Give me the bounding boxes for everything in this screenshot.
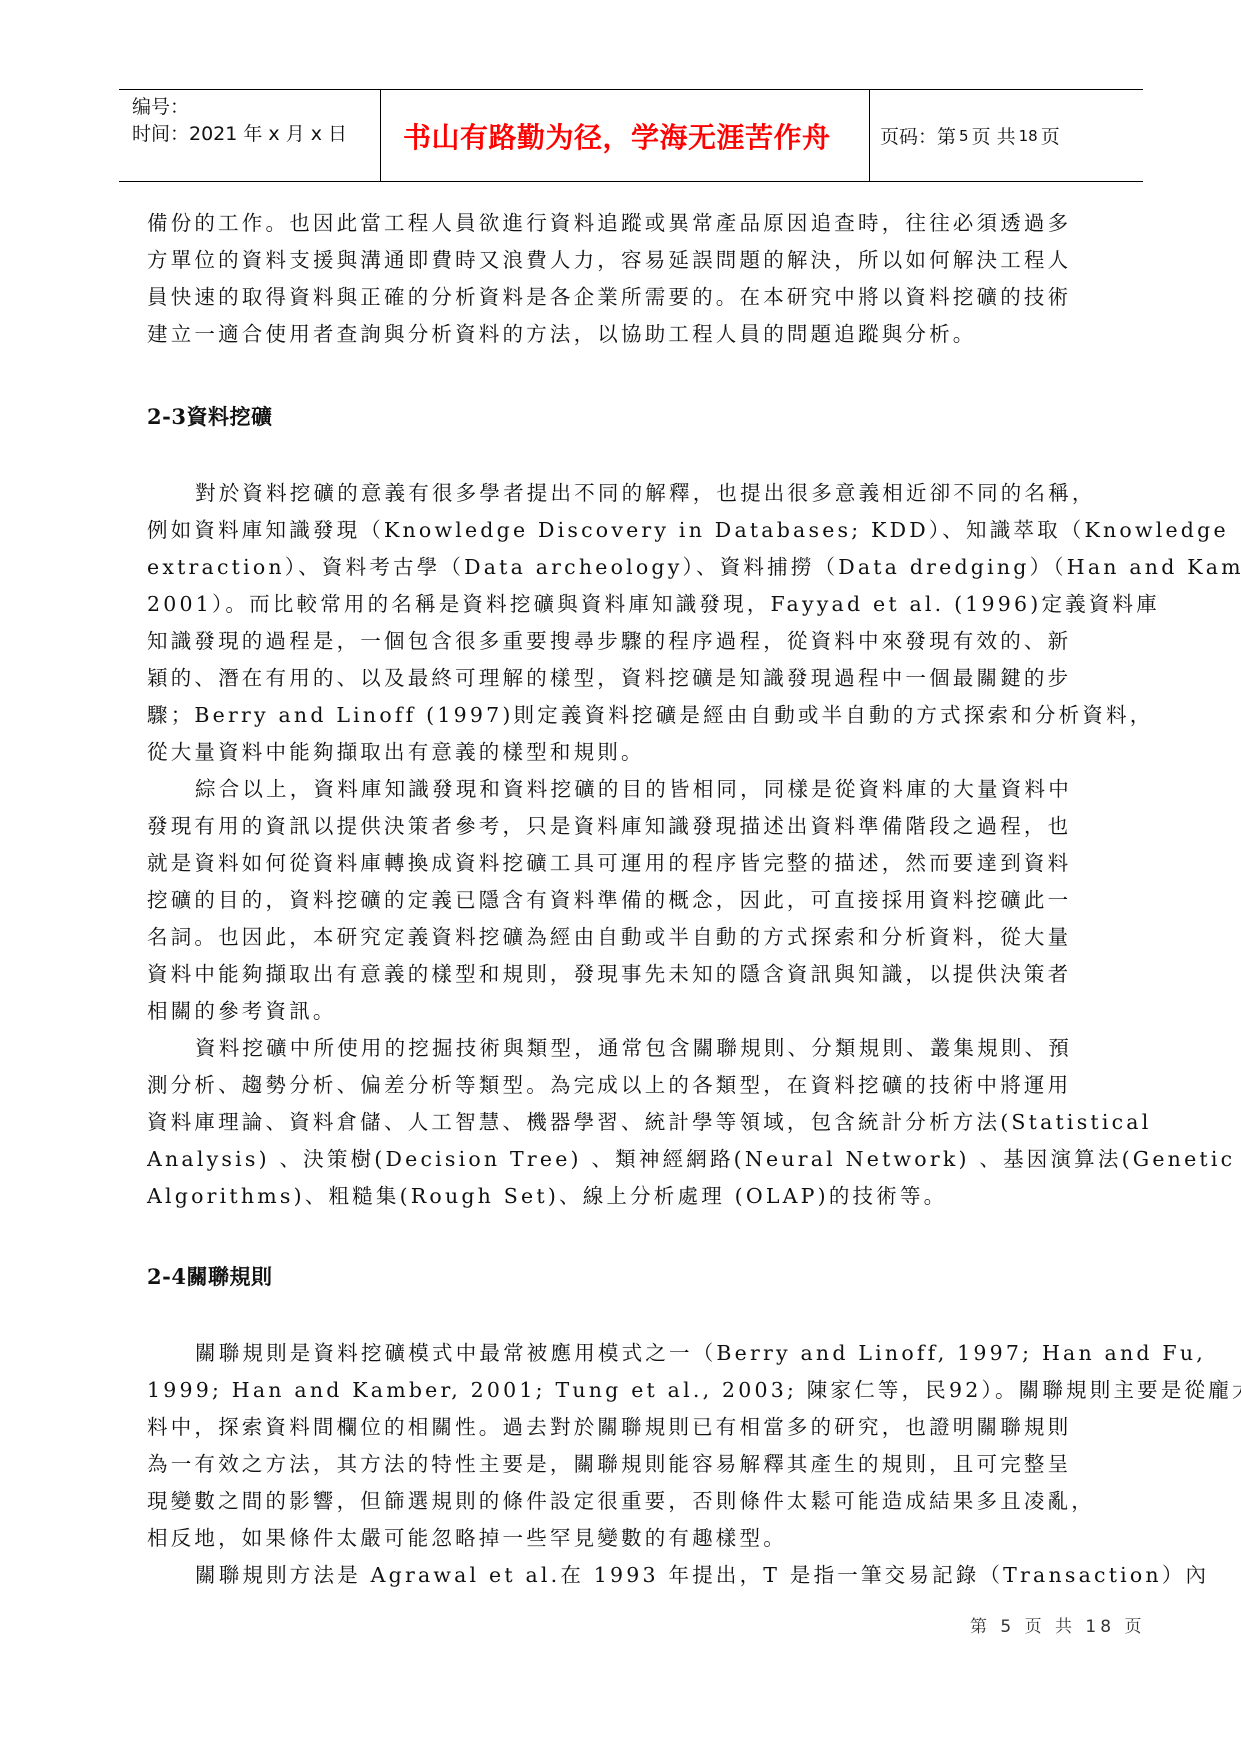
section-heading-2-4: 2-4關聯規則 — [147, 1261, 1113, 1291]
page-mid: 页 共 — [972, 122, 1016, 149]
text-line: 就是資料如何從資料庫轉換成資料挖礦工具可運用的程序皆完整的描述，然而要達到資料 — [147, 845, 1113, 882]
text-line: 相關的參考資訊。 — [147, 993, 1113, 1030]
page-suffix: 页 — [1041, 122, 1060, 149]
date-label: 时间：2021 年 x 月 x 日 — [132, 121, 380, 148]
text-line: 發現有用的資訊以提供決策者參考，只是資料庫知識發現描述出資料準備階段之過程，也 — [147, 808, 1113, 845]
text-line: 知識發現的過程是，一個包含很多重要搜尋步驟的程序過程，從資料中來發現有效的、新 — [147, 623, 1113, 660]
text-line: 名詞。也因此，本研究定義資料挖礦為經由自動或半自動的方式探索和分析資料，從大量 — [147, 919, 1113, 956]
page-total: 18 — [1019, 127, 1038, 145]
text-line: Algorithms)、粗糙集(Rough Set)、線上分析處理 (OLAP)… — [147, 1178, 1113, 1215]
text-line: extraction）、資料考古學（Data archeology）、資料捕撈（… — [147, 549, 1113, 586]
document-header: 编号： 时间：2021 年 x 月 x 日 书山有路勤为径，学海无涯苦作舟 页码… — [119, 89, 1143, 182]
paragraph: 資料挖礦中所使用的挖掘技術與類型，通常包含關聯規則、分類規則、叢集規則、預 測分… — [147, 1030, 1113, 1215]
intro-paragraph: 備份的工作。也因此當工程人員欲進行資料追蹤或異常產品原因追查時，往往必須透過多 … — [147, 205, 1113, 353]
page-footer: 第 5 页 共 18 页 — [970, 1612, 1145, 1637]
text-line: 資料挖礦中所使用的挖掘技術與類型，通常包含關聯規則、分類規則、叢集規則、預 — [147, 1030, 1113, 1067]
header-page-cell: 页码：第 5 页 共 18 页 — [870, 90, 1143, 181]
text-line: 對於資料挖礦的意義有很多學者提出不同的解釋，也提出很多意義相近卻不同的名稱， — [147, 475, 1113, 512]
page-current: 5 — [959, 127, 969, 145]
text-line: 相反地，如果條件太嚴可能忽略掉一些罕見變數的有趣樣型。 — [147, 1520, 1113, 1557]
text-line: 驟；Berry and Linoff (1997)則定義資料挖礦是經由自動或半自… — [147, 697, 1113, 734]
text-line: 方單位的資料支援與溝通即費時又浪費人力，容易延誤問題的解決，所以如何解決工程人 — [147, 242, 1113, 279]
text-line: 料中，探索資料間欄位的相關性。過去對於關聯規則已有相當多的研究，也證明關聯規則 — [147, 1409, 1113, 1446]
header-meta-cell: 编号： 时间：2021 年 x 月 x 日 — [119, 90, 381, 181]
page-prefix: 页码：第 — [880, 122, 956, 149]
paragraph: 對於資料挖礦的意義有很多學者提出不同的解釋，也提出很多意義相近卻不同的名稱， 例… — [147, 475, 1113, 771]
text-line: 現變數之間的影響，但篩選規則的條件設定很重要，否則條件太鬆可能造成結果多且凌亂， — [147, 1483, 1113, 1520]
text-line: 從大量資料中能夠擷取出有意義的樣型和規則。 — [147, 734, 1113, 771]
text-line: 員快速的取得資料與正確的分析資料是各企業所需要的。在本研究中將以資料挖礦的技術 — [147, 279, 1113, 316]
text-line: 備份的工作。也因此當工程人員欲進行資料追蹤或異常產品原因追查時，往往必須透過多 — [147, 205, 1113, 242]
paragraph: 關聯規則是資料挖礦模式中最常被應用模式之一（Berry and Linoff, … — [147, 1335, 1113, 1557]
text-line: 測分析、趨勢分析、偏差分析等類型。為完成以上的各類型，在資料挖礦的技術中將運用 — [147, 1067, 1113, 1104]
text-line: 2001）。而比較常用的名稱是資料挖礦與資料庫知識發現，Fayyad et al… — [147, 586, 1113, 623]
paragraph: 關聯規則方法是 Agrawal et al.在 1993 年提出，T 是指一筆交… — [147, 1557, 1113, 1594]
text-line: 為一有效之方法，其方法的特性主要是，關聯規則能容易解釋其產生的規則，且可完整呈 — [147, 1446, 1113, 1483]
text-line: 挖礦的目的，資料挖礦的定義已隱含有資料準備的概念，因此，可直接採用資料挖礦此一 — [147, 882, 1113, 919]
section-heading-2-3: 2-3資料挖礦 — [147, 401, 1113, 431]
text-line: 建立一適合使用者查詢與分析資料的方法，以協助工程人員的問題追蹤與分析。 — [147, 316, 1113, 353]
text-line: 關聯規則是資料挖礦模式中最常被應用模式之一（Berry and Linoff, … — [147, 1335, 1113, 1372]
document-body: 備份的工作。也因此當工程人員欲進行資料追蹤或異常產品原因追查時，往往必須透過多 … — [147, 205, 1113, 1594]
text-line: 資料庫理論、資料倉儲、人工智慧、機器學習、統計學等領域，包含統計分析方法(Sta… — [147, 1104, 1113, 1141]
text-line: 1999; Han and Kamber, 2001; Tung et al.,… — [147, 1372, 1113, 1409]
header-motto-cell: 书山有路勤为径，学海无涯苦作舟 — [381, 90, 870, 181]
text-line: Analysis) 、決策樹(Decision Tree) 、類神經網路(Neu… — [147, 1141, 1113, 1178]
paragraph: 綜合以上，資料庫知識發現和資料挖礦的目的皆相同，同樣是從資料庫的大量資料中 發現… — [147, 771, 1113, 1030]
text-line: 關聯規則方法是 Agrawal et al.在 1993 年提出，T 是指一筆交… — [147, 1557, 1113, 1594]
serial-number-label: 编号： — [132, 94, 380, 121]
motto-text: 书山有路勤为径，学海无涯苦作舟 — [403, 116, 831, 156]
text-line: 例如資料庫知識發現（Knowledge Discovery in Databas… — [147, 512, 1113, 549]
text-line: 資料中能夠擷取出有意義的樣型和規則，發現事先未知的隱含資訊與知識，以提供決策者 — [147, 956, 1113, 993]
text-line: 穎的、潛在有用的、以及最終可理解的樣型，資料挖礦是知識發現過程中一個最關鍵的步 — [147, 660, 1113, 697]
text-line: 綜合以上，資料庫知識發現和資料挖礦的目的皆相同，同樣是從資料庫的大量資料中 — [147, 771, 1113, 808]
